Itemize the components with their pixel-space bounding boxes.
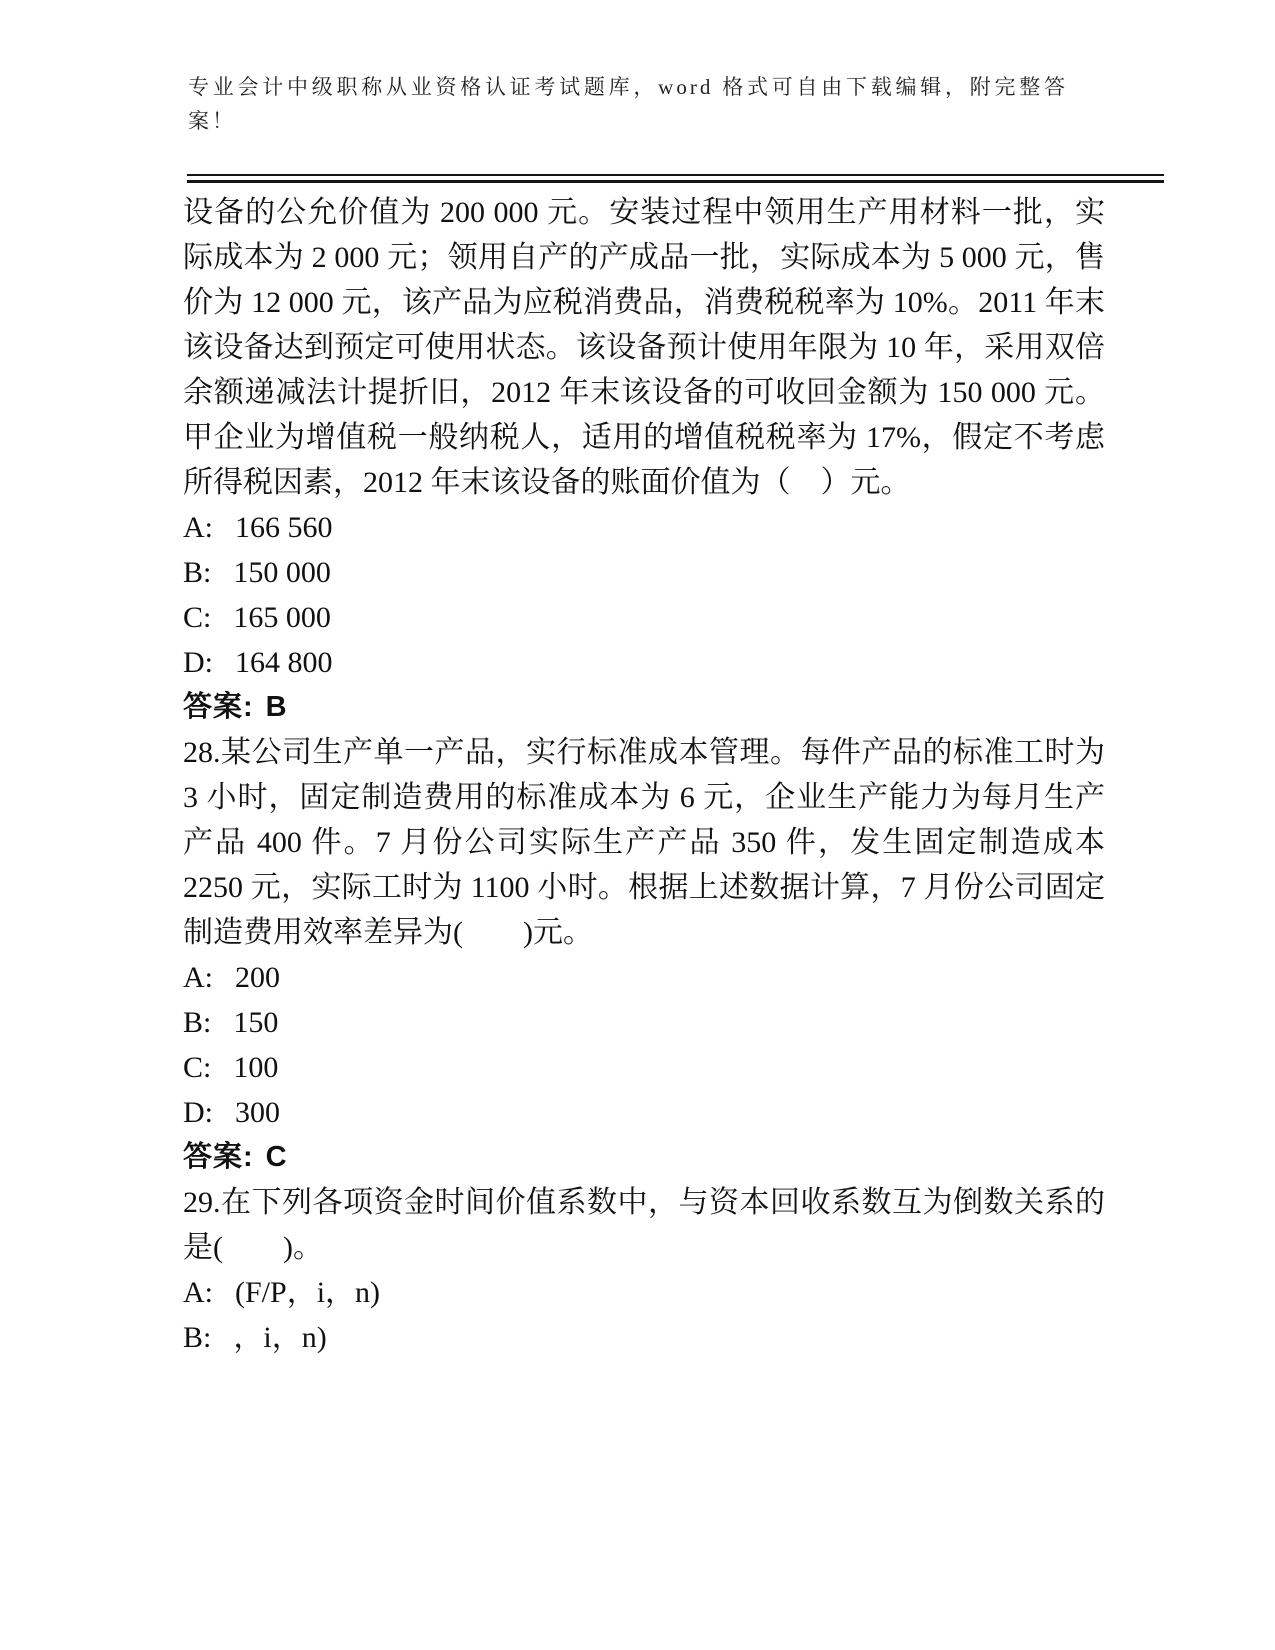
option-value: 166 560: [235, 511, 333, 544]
option-label: A:: [183, 961, 213, 994]
header-divider-line: [187, 174, 1164, 183]
question-number: 28.: [183, 736, 221, 769]
question-29-block: 29.在下列各项资金时间价值系数中，与资本回收系数互为倒数关系的是( )。 A:…: [183, 1180, 1105, 1360]
option-label: D:: [183, 1096, 213, 1129]
option-value: 165 000: [233, 601, 331, 634]
option-label: C:: [183, 601, 211, 634]
question-28-option-b: B:150: [183, 1000, 1105, 1045]
option-label: A:: [183, 1276, 213, 1309]
option-label: C:: [183, 1051, 211, 1084]
answer-label: 答案:: [183, 1141, 254, 1173]
question-28-block: 28.某公司生产单一产品，实行标准成本管理。每件产品的标准工时为 3 小时，固定…: [183, 730, 1105, 1180]
option-value: ，i，n): [233, 1321, 326, 1354]
option-value: (F/P，i，n): [235, 1276, 380, 1309]
question-number: 29.: [183, 1186, 221, 1219]
question-stem-text: 在下列各项资金时间价值系数中，与资本回收系数互为倒数关系的是( )。: [183, 1186, 1105, 1264]
answer-label: 答案:: [183, 691, 254, 723]
option-value: 100: [233, 1051, 278, 1084]
option-label: B:: [183, 1006, 211, 1039]
question-29-option-b: B:，i，n): [183, 1315, 1105, 1360]
question-stem-text: 某公司生产单一产品，实行标准成本管理。每件产品的标准工时为 3 小时，固定制造费…: [183, 736, 1105, 949]
question-27-option-c: C:165 000: [183, 595, 1105, 640]
question-28-option-a: A:200: [183, 955, 1105, 1000]
option-label: A:: [183, 511, 213, 544]
question-27-option-d: D:164 800: [183, 640, 1105, 685]
option-value: 164 800: [235, 646, 333, 679]
answer-value: C: [266, 1141, 288, 1173]
option-label: B:: [183, 556, 211, 589]
question-27-option-b: B:150 000: [183, 550, 1105, 595]
question-28-stem: 28.某公司生产单一产品，实行标准成本管理。每件产品的标准工时为 3 小时，固定…: [183, 730, 1105, 955]
question-28-option-c: C:100: [183, 1045, 1105, 1090]
question-27-stem: 设备的公允价值为 200 000 元。安装过程中领用生产用材料一批，实际成本为 …: [183, 190, 1105, 505]
question-stem-text: 设备的公允价值为 200 000 元。安装过程中领用生产用材料一批，实际成本为 …: [183, 196, 1105, 499]
question-29-option-a: A:(F/P，i，n): [183, 1270, 1105, 1315]
page-header: 专业会计中级职称从业资格认证考试题库，word 格式可自由下载编辑，附完整答案！: [188, 70, 1068, 138]
document-body: 设备的公允价值为 200 000 元。安装过程中领用生产用材料一批，实际成本为 …: [183, 190, 1105, 1360]
header-note-text: 专业会计中级职称从业资格认证考试题库，word 格式可自由下载编辑，附完整答案！: [188, 70, 1068, 138]
option-label: B:: [183, 1321, 211, 1354]
question-27-answer-line: 答案:B: [183, 685, 1105, 730]
option-value: 300: [235, 1096, 280, 1129]
question-27-option-a: A:166 560: [183, 505, 1105, 550]
question-28-answer-line: 答案:C: [183, 1135, 1105, 1180]
option-value: 150: [233, 1006, 278, 1039]
question-29-stem: 29.在下列各项资金时间价值系数中，与资本回收系数互为倒数关系的是( )。: [183, 1180, 1105, 1270]
option-value: 150 000: [233, 556, 331, 589]
question-27-block: 设备的公允价值为 200 000 元。安装过程中领用生产用材料一批，实际成本为 …: [183, 190, 1105, 730]
question-28-option-d: D:300: [183, 1090, 1105, 1135]
option-value: 200: [235, 961, 280, 994]
word-document-page: 专业会计中级职称从业资格认证考试题库，word 格式可自由下载编辑，附完整答案！…: [0, 0, 1275, 1650]
option-label: D:: [183, 646, 213, 679]
answer-value: B: [266, 691, 288, 723]
